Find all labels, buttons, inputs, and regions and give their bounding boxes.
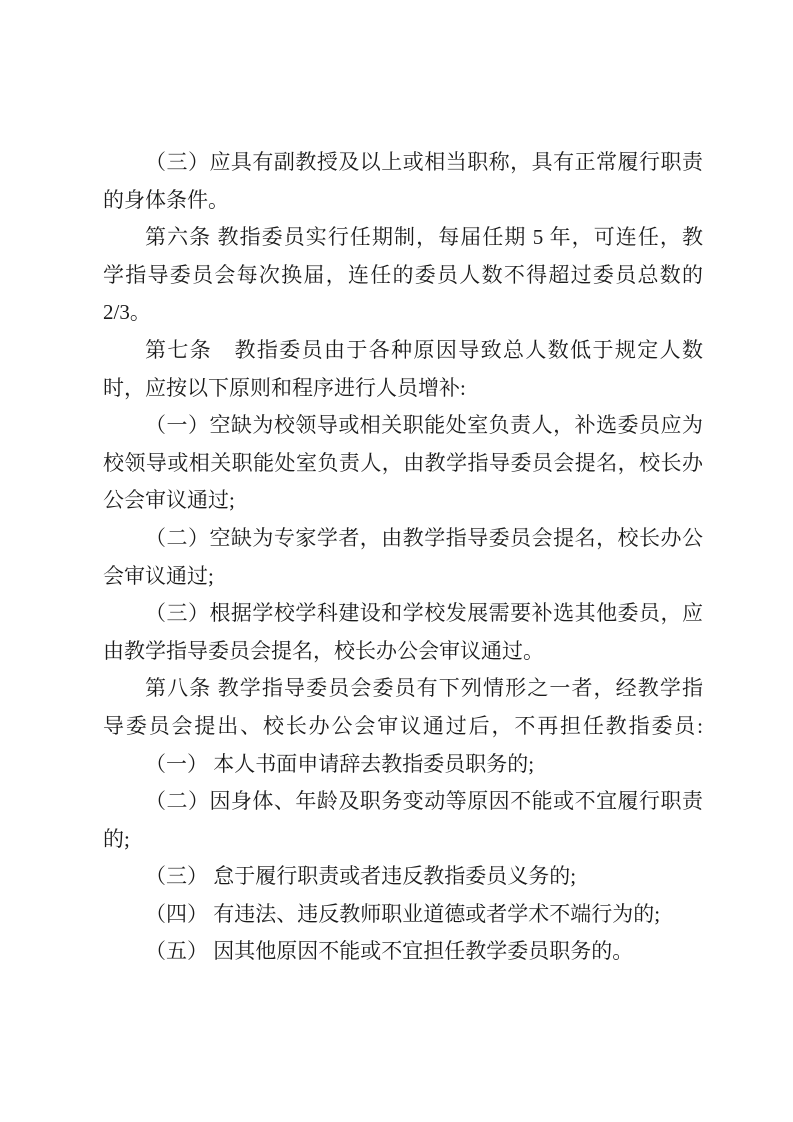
text-line-article-8: 导委员会提出、校长办公会审议通过后，不再担任教指委员: [103,708,703,746]
text-line-article-7: 时，应按以下原则和程序进行人员增补: [103,370,703,408]
text-line-article-8-item-2: （二）因身体、年龄及职务变动等原因不能或不宜履行职责 [103,783,703,821]
text-line-clause-3: 的身体条件。 [103,182,703,220]
text-line-clause-3: （三）应具有副教授及以上或相当职称，具有正常履行职责 [103,144,703,182]
text-line-article-7: 第七条 教指委员由于各种原因导致总人数低于规定人数 [103,332,703,370]
text-line-article-7-item-2: （二）空缺为专家学者，由教学指导委员会提名，校长办公 [103,520,703,558]
text-line-article-6: 2/3。 [103,294,703,332]
text-line-article-7-item-2: 会审议通过; [103,558,703,596]
text-line-article-8-item-3: （三） 怠于履行职责或者违反教指委员义务的; [103,858,703,896]
text-line-article-7-item-3: （三）根据学校学科建设和学校发展需要补选其他委员，应 [103,595,703,633]
text-line-article-8: 第八条 教学指导委员会委员有下列情形之一者，经教学指 [103,670,703,708]
document-content: （三）应具有副教授及以上或相当职称，具有正常履行职责 的身体条件。 第六条 教指… [103,144,703,971]
text-line-article-7-item-3: 由教学指导委员会提名，校长办公会审议通过。 [103,633,703,671]
text-line-article-8-item-1: （一） 本人书面申请辞去教指委员职务的; [103,746,703,784]
text-line-article-7-item-1: （一）空缺为校领导或相关职能处室负责人，补选委员应为 [103,407,703,445]
text-line-article-6: 学指导委员会每次换届，连任的委员人数不得超过委员总数的 [103,257,703,295]
text-line-article-8-item-4: （四） 有违法、违反教师职业道德或者学术不端行为的; [103,896,703,934]
text-line-article-6: 第六条 教指委员实行任期制，每届任期 5 年，可连任，教 [103,219,703,257]
document-page: （三）应具有副教授及以上或相当职称，具有正常履行职责 的身体条件。 第六条 教指… [0,0,793,1122]
text-line-article-8-item-2: 的; [103,821,703,859]
text-line-article-7-item-1: 校领导或相关职能处室负责人，由教学指导委员会提名，校长办 [103,445,703,483]
text-line-article-8-item-5: （五） 因其他原因不能或不宜担任教学委员职务的。 [103,933,703,971]
text-line-article-7-item-1: 公会审议通过; [103,482,703,520]
